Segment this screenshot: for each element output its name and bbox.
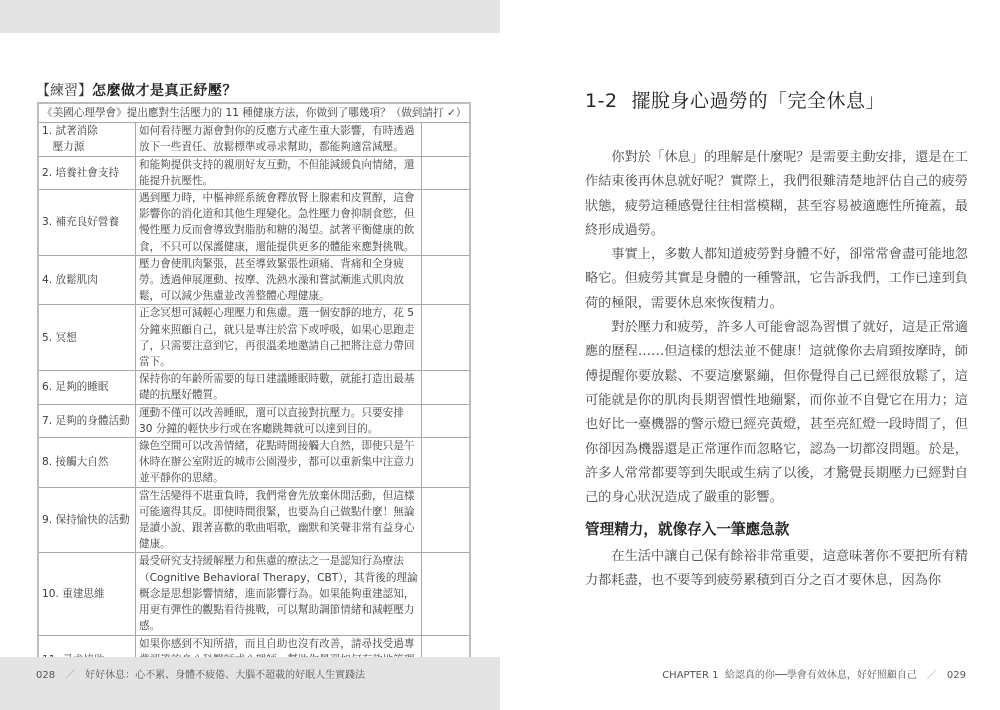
method-description: 最受研究支持緩解壓力和焦慮的療法之一是認知行為療法（Cognitive Beha… xyxy=(136,553,422,635)
checkbox-cell[interactable] xyxy=(421,156,470,189)
section-title: 擺脫身心過勞的「完全休息」 xyxy=(632,90,886,112)
checkbox-cell[interactable] xyxy=(421,404,470,437)
method-name-line: 1. 試著消除 xyxy=(42,123,133,139)
subsection-body: 在生活中讓自己保有餘裕非常重要，這意味著你不要把所有精力都耗盡，也不要等到疲勞累… xyxy=(585,545,968,594)
section-heading: 1-2擺脫身心過勞的「完全休息」 xyxy=(585,86,885,113)
method-description: 壓力會使肌肉緊張，甚至導致緊張性頭痛、背痛和全身疲勞。透過伸展運動、按摩、洗熱水… xyxy=(136,255,422,305)
table-row: 2. 培養社會支持 和能夠提供支持的親朋好友互動，不但能減緩負向情緒，還能提升抗… xyxy=(38,156,470,189)
method-description: 如何看待壓力源會對你的反應方式產生重大影響，有時透過放下一些責任、放鬆標準或尋求… xyxy=(136,123,422,156)
method-description: 當生活變得不堪重負時，我們常會先放棄休閒活動，但這樣可能適得其反。即使時間很緊，… xyxy=(136,487,422,553)
checkbox-cell[interactable] xyxy=(421,438,470,488)
exercise-tag: 【練習】 xyxy=(36,83,92,99)
method-name: 9. 保持愉快的活動 xyxy=(38,487,136,553)
paragraph: 事實上，多數人都知道疲勞對身體不好，卻常常會盡可能地忽略它。但疲勞其實是身體的一… xyxy=(585,243,968,316)
book-title: 好好休息：心不累、身體不疲倦、大腦不超載的好眠人生實踐法 xyxy=(85,670,365,681)
table-row: 3. 補充良好營養 遇到壓力時，中樞神經系統會釋放腎上腺素和皮質醇，這會影響你的… xyxy=(38,190,470,256)
method-description: 遇到壓力時，中樞神經系統會釋放腎上腺素和皮質醇，這會影響你的消化道和其他生理變化… xyxy=(136,190,422,256)
checkbox-cell[interactable] xyxy=(421,487,470,553)
method-description: 保持你的年齡所需要的每日建議睡眠時數，就能打造出最基礎的抗壓好體質。 xyxy=(136,371,422,404)
paragraph: 在生活中讓自己保有餘裕非常重要，這意味著你不要把所有精力都耗盡，也不要等到疲勞累… xyxy=(585,545,968,594)
method-description: 綠色空間可以改善情緒，花點時間接觸大自然，即使只是午休時在辦公室附近的城市公園漫… xyxy=(136,438,422,488)
method-name: 5. 冥想 xyxy=(38,305,136,371)
left-footer: 028／好好休息：心不累、身體不疲倦、大腦不超載的好眠人生實踐法 xyxy=(36,666,365,681)
method-name: 8. 接觸大自然 xyxy=(38,438,136,488)
page-number: 028 xyxy=(36,670,55,681)
checkbox-cell[interactable] xyxy=(421,190,470,256)
table-row: 4. 放鬆肌肉 壓力會使肌肉緊張，甚至導致緊張性頭痛、背痛和全身疲勞。透過伸展運… xyxy=(38,255,470,305)
method-name: 1. 試著消除 壓力源 xyxy=(38,123,136,156)
exercise-heading: 怎麼做才是真正紓壓？ xyxy=(92,83,237,99)
method-name: 7. 足夠的身體活動 xyxy=(38,404,136,437)
right-page: 1-2擺脫身心過勞的「完全休息」 你對於「休息」的理解是什麼呢？是需要主動安排，… xyxy=(500,0,1000,710)
method-description: 運動不僅可以改善睡眠，還可以直接對抗壓力。只要安排 30 分鐘的輕快步行或在客廳… xyxy=(136,404,422,437)
subheading: 管理精力，就像存入一筆應急款 xyxy=(585,518,789,539)
table-row: 8. 接觸大自然 綠色空間可以改善情緒，花點時間接觸大自然，即使只是午休時在辦公… xyxy=(38,438,470,488)
checkbox-cell[interactable] xyxy=(421,371,470,404)
table-row: 9. 保持愉快的活動 當生活變得不堪重負時，我們常會先放棄休閒活動，但這樣可能適… xyxy=(38,487,470,553)
method-name: 6. 足夠的睡眠 xyxy=(38,371,136,404)
section-number: 1-2 xyxy=(585,90,618,112)
method-name: 10. 重建思維 xyxy=(38,553,136,635)
paragraph: 你對於「休息」的理解是什麼呢？是需要主動安排，還是在工作結束後再休息就好呢？實際… xyxy=(585,146,968,243)
method-description: 和能夠提供支持的親朋好友互動，不但能減緩負向情緒，還能提升抗壓性。 xyxy=(136,156,422,189)
table-row: 6. 足夠的睡眠 保持你的年齡所需要的每日建議睡眠時數，就能打造出最基礎的抗壓好… xyxy=(38,371,470,404)
exercise-title: 【練習】怎麼做才是真正紓壓？ xyxy=(36,80,237,100)
table-row: 1. 試著消除 壓力源 如何看待壓力源會對你的反應方式產生重大影響，有時透過放下… xyxy=(38,123,470,156)
chapter-label: CHAPTER 1 xyxy=(662,670,718,681)
table-intro: 《美國心理學會》提出應對生活壓力的 11 種健康方法，你做到了哪幾項？（做到請打… xyxy=(38,103,470,123)
table-intro-row: 《美國心理學會》提出應對生活壓力的 11 種健康方法，你做到了哪幾項？（做到請打… xyxy=(38,103,470,123)
paragraph: 對於壓力和疲勞，許多人可能會認為習慣了就好，這是正常適應的歷程……但這樣的想法並… xyxy=(585,316,968,510)
table-row: 7. 足夠的身體活動 運動不僅可以改善睡眠，還可以直接對抗壓力。只要安排 30 … xyxy=(38,404,470,437)
table-row: 10. 重建思維 最受研究支持緩解壓力和焦慮的療法之一是認知行為療法（Cogni… xyxy=(38,553,470,635)
left-page: 【練習】怎麼做才是真正紓壓？ 《美國心理學會》提出應對生活壓力的 11 種健康方… xyxy=(0,0,500,710)
footer-separator: ／ xyxy=(65,670,75,681)
checkbox-cell[interactable] xyxy=(421,305,470,371)
method-name: 4. 放鬆肌肉 xyxy=(38,255,136,305)
checkbox-cell[interactable] xyxy=(421,553,470,635)
stress-methods-table: 《美國心理學會》提出應對生活壓力的 11 種健康方法，你做到了哪幾項？（做到請打… xyxy=(37,102,471,686)
method-name-line: 壓力源 xyxy=(42,139,133,155)
method-name: 3. 補充良好營養 xyxy=(38,190,136,256)
chapter-title: 給認真的你──學會有效休息，好好照顧自己 xyxy=(725,670,917,681)
checkbox-cell[interactable] xyxy=(421,123,470,156)
footer-separator: ／ xyxy=(927,670,937,681)
right-footer: CHAPTER 1 給認真的你──學會有效休息，好好照顧自己／029 xyxy=(662,666,966,681)
method-description: 正念冥想可減輕心理壓力和焦慮。選一個安靜的地方，花 5 分鐘來照顧自己，就只是專… xyxy=(136,305,422,371)
page-number: 029 xyxy=(947,670,966,681)
section-body: 你對於「休息」的理解是什麼呢？是需要主動安排，還是在工作結束後再休息就好呢？實際… xyxy=(585,146,968,510)
left-footer-band xyxy=(0,657,500,710)
table-row: 5. 冥想 正念冥想可減輕心理壓力和焦慮。選一個安靜的地方，花 5 分鐘來照顧自… xyxy=(38,305,470,371)
method-name: 2. 培養社會支持 xyxy=(38,156,136,189)
checkbox-cell[interactable] xyxy=(421,255,470,305)
